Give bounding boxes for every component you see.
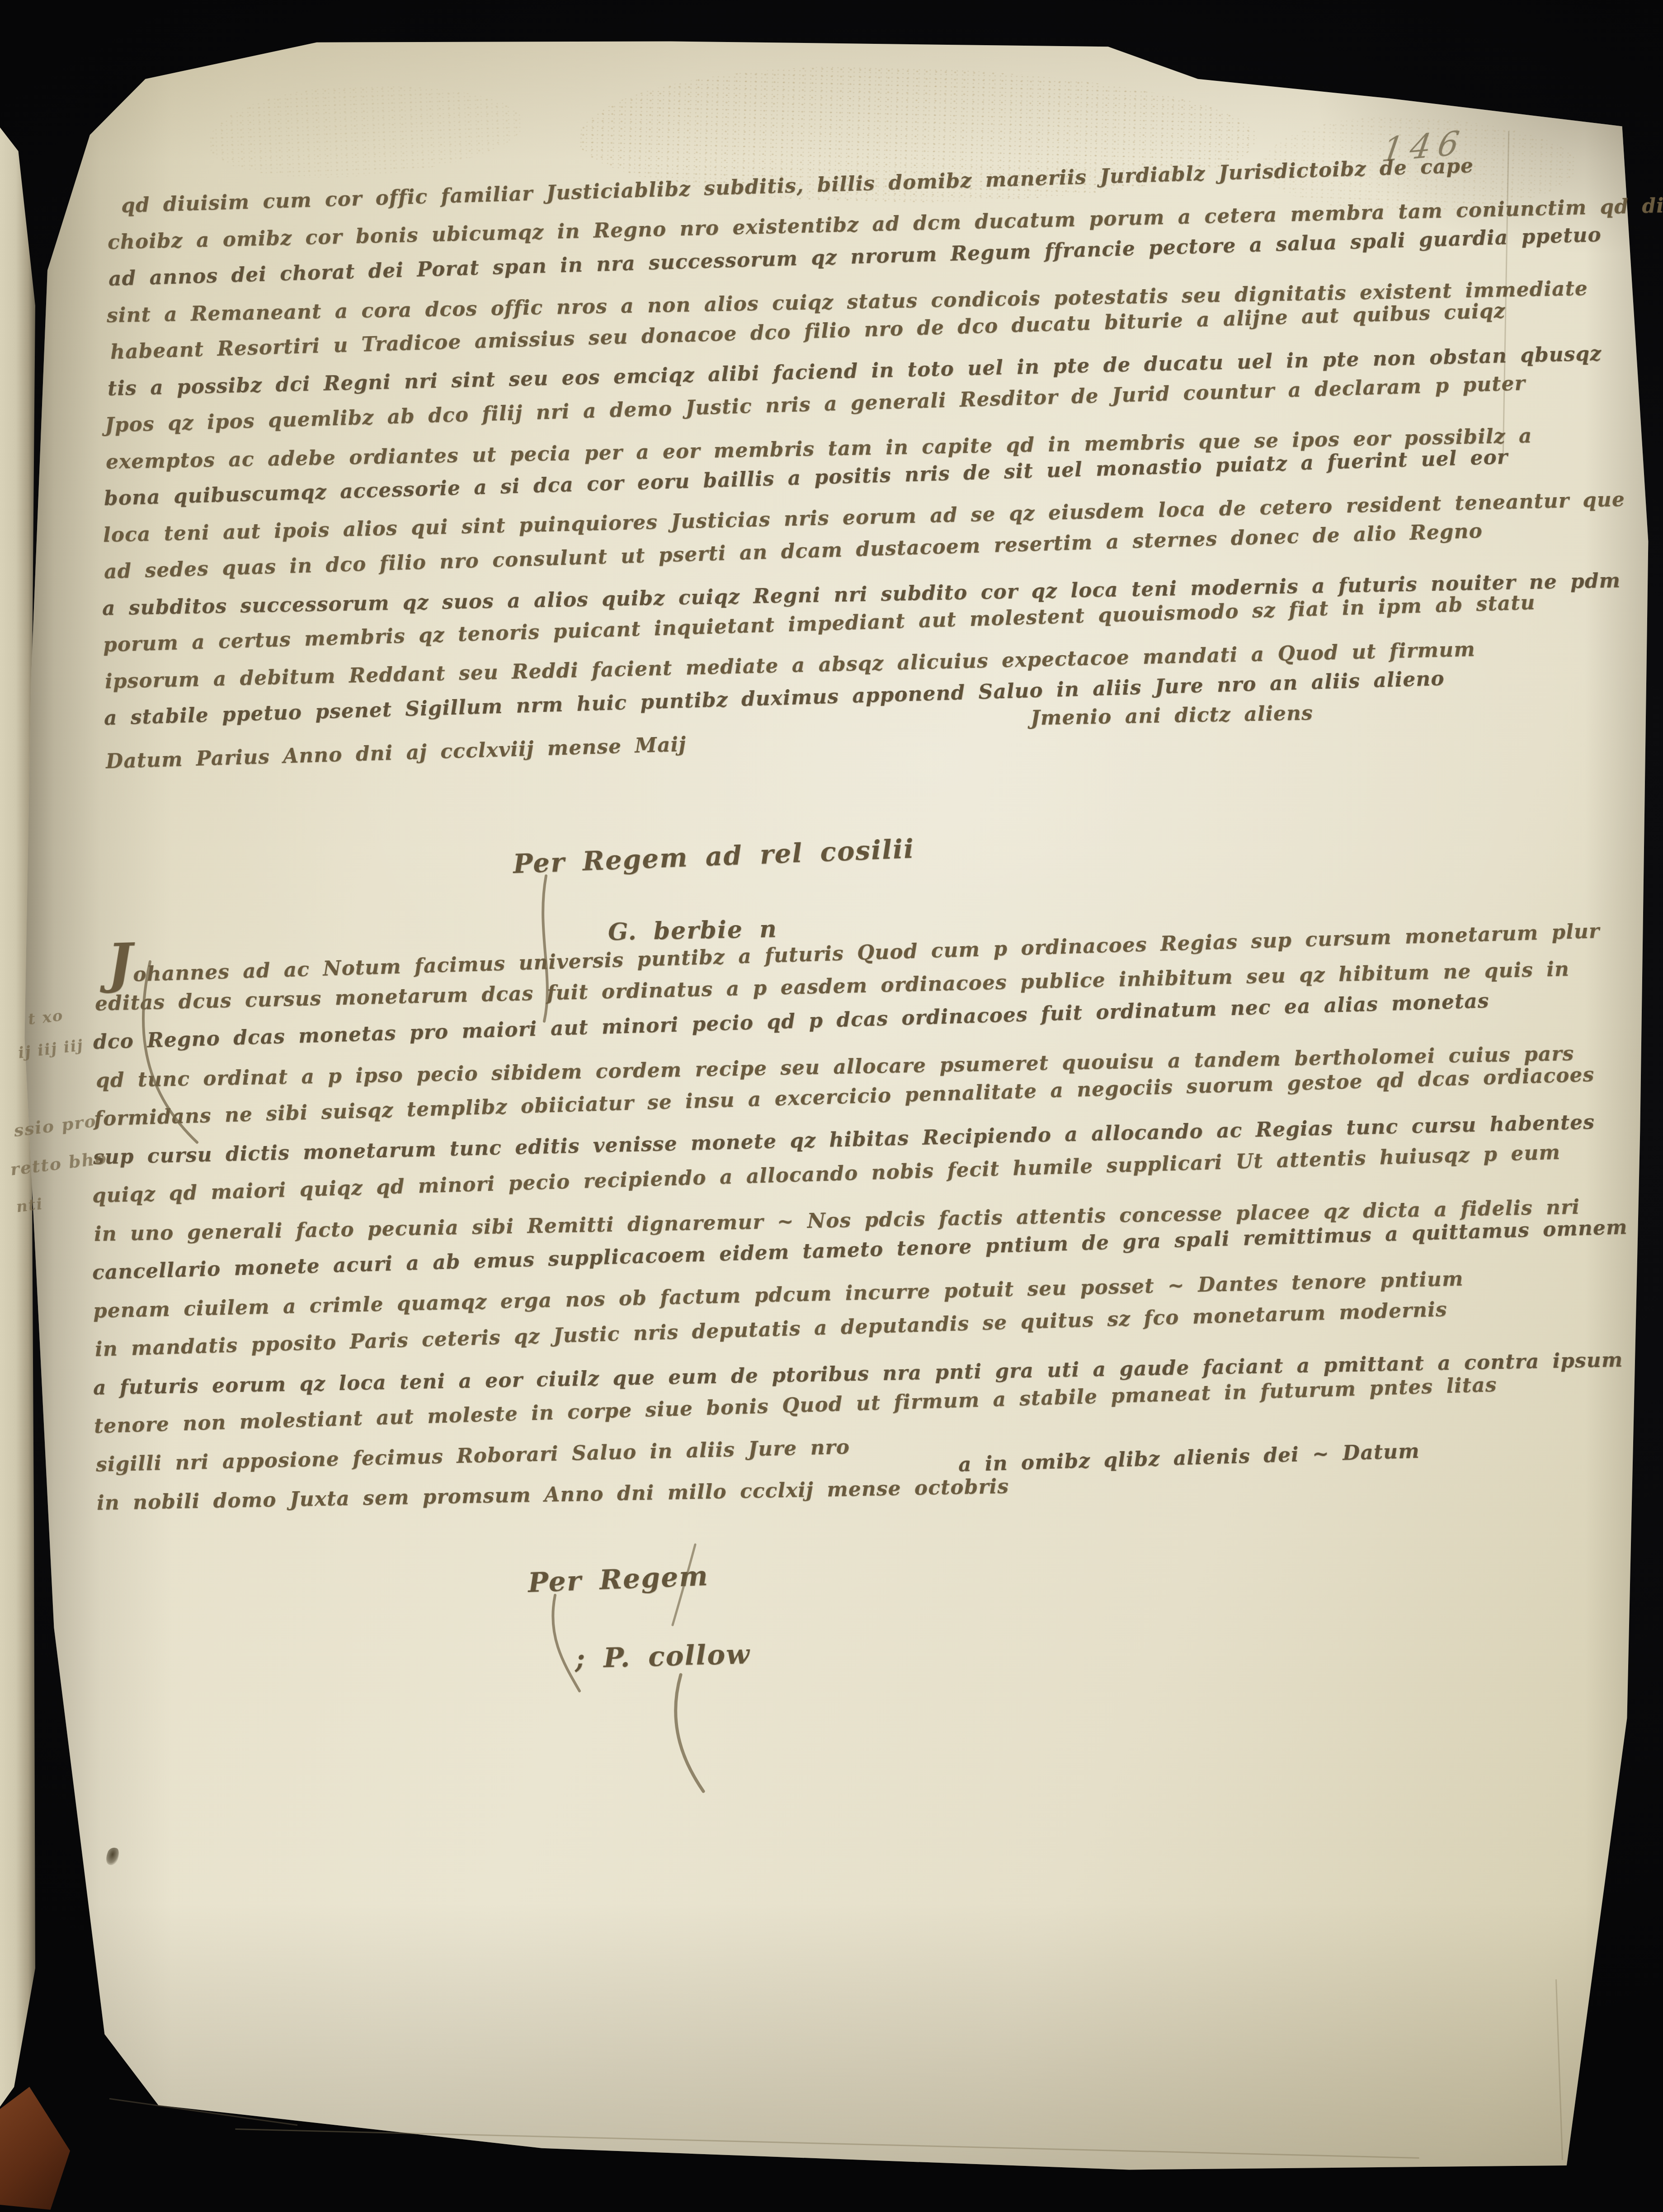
manuscript-photo: 146 qd diuisim cum cor offic familiar Ju… (0, 0, 1663, 2212)
margin-note: nti (15, 1195, 44, 1216)
clerk-signature-collow: ; P. collow (575, 1639, 751, 1675)
parchment-speckle-patch (207, 80, 526, 182)
spine-leather (0, 2087, 70, 2210)
